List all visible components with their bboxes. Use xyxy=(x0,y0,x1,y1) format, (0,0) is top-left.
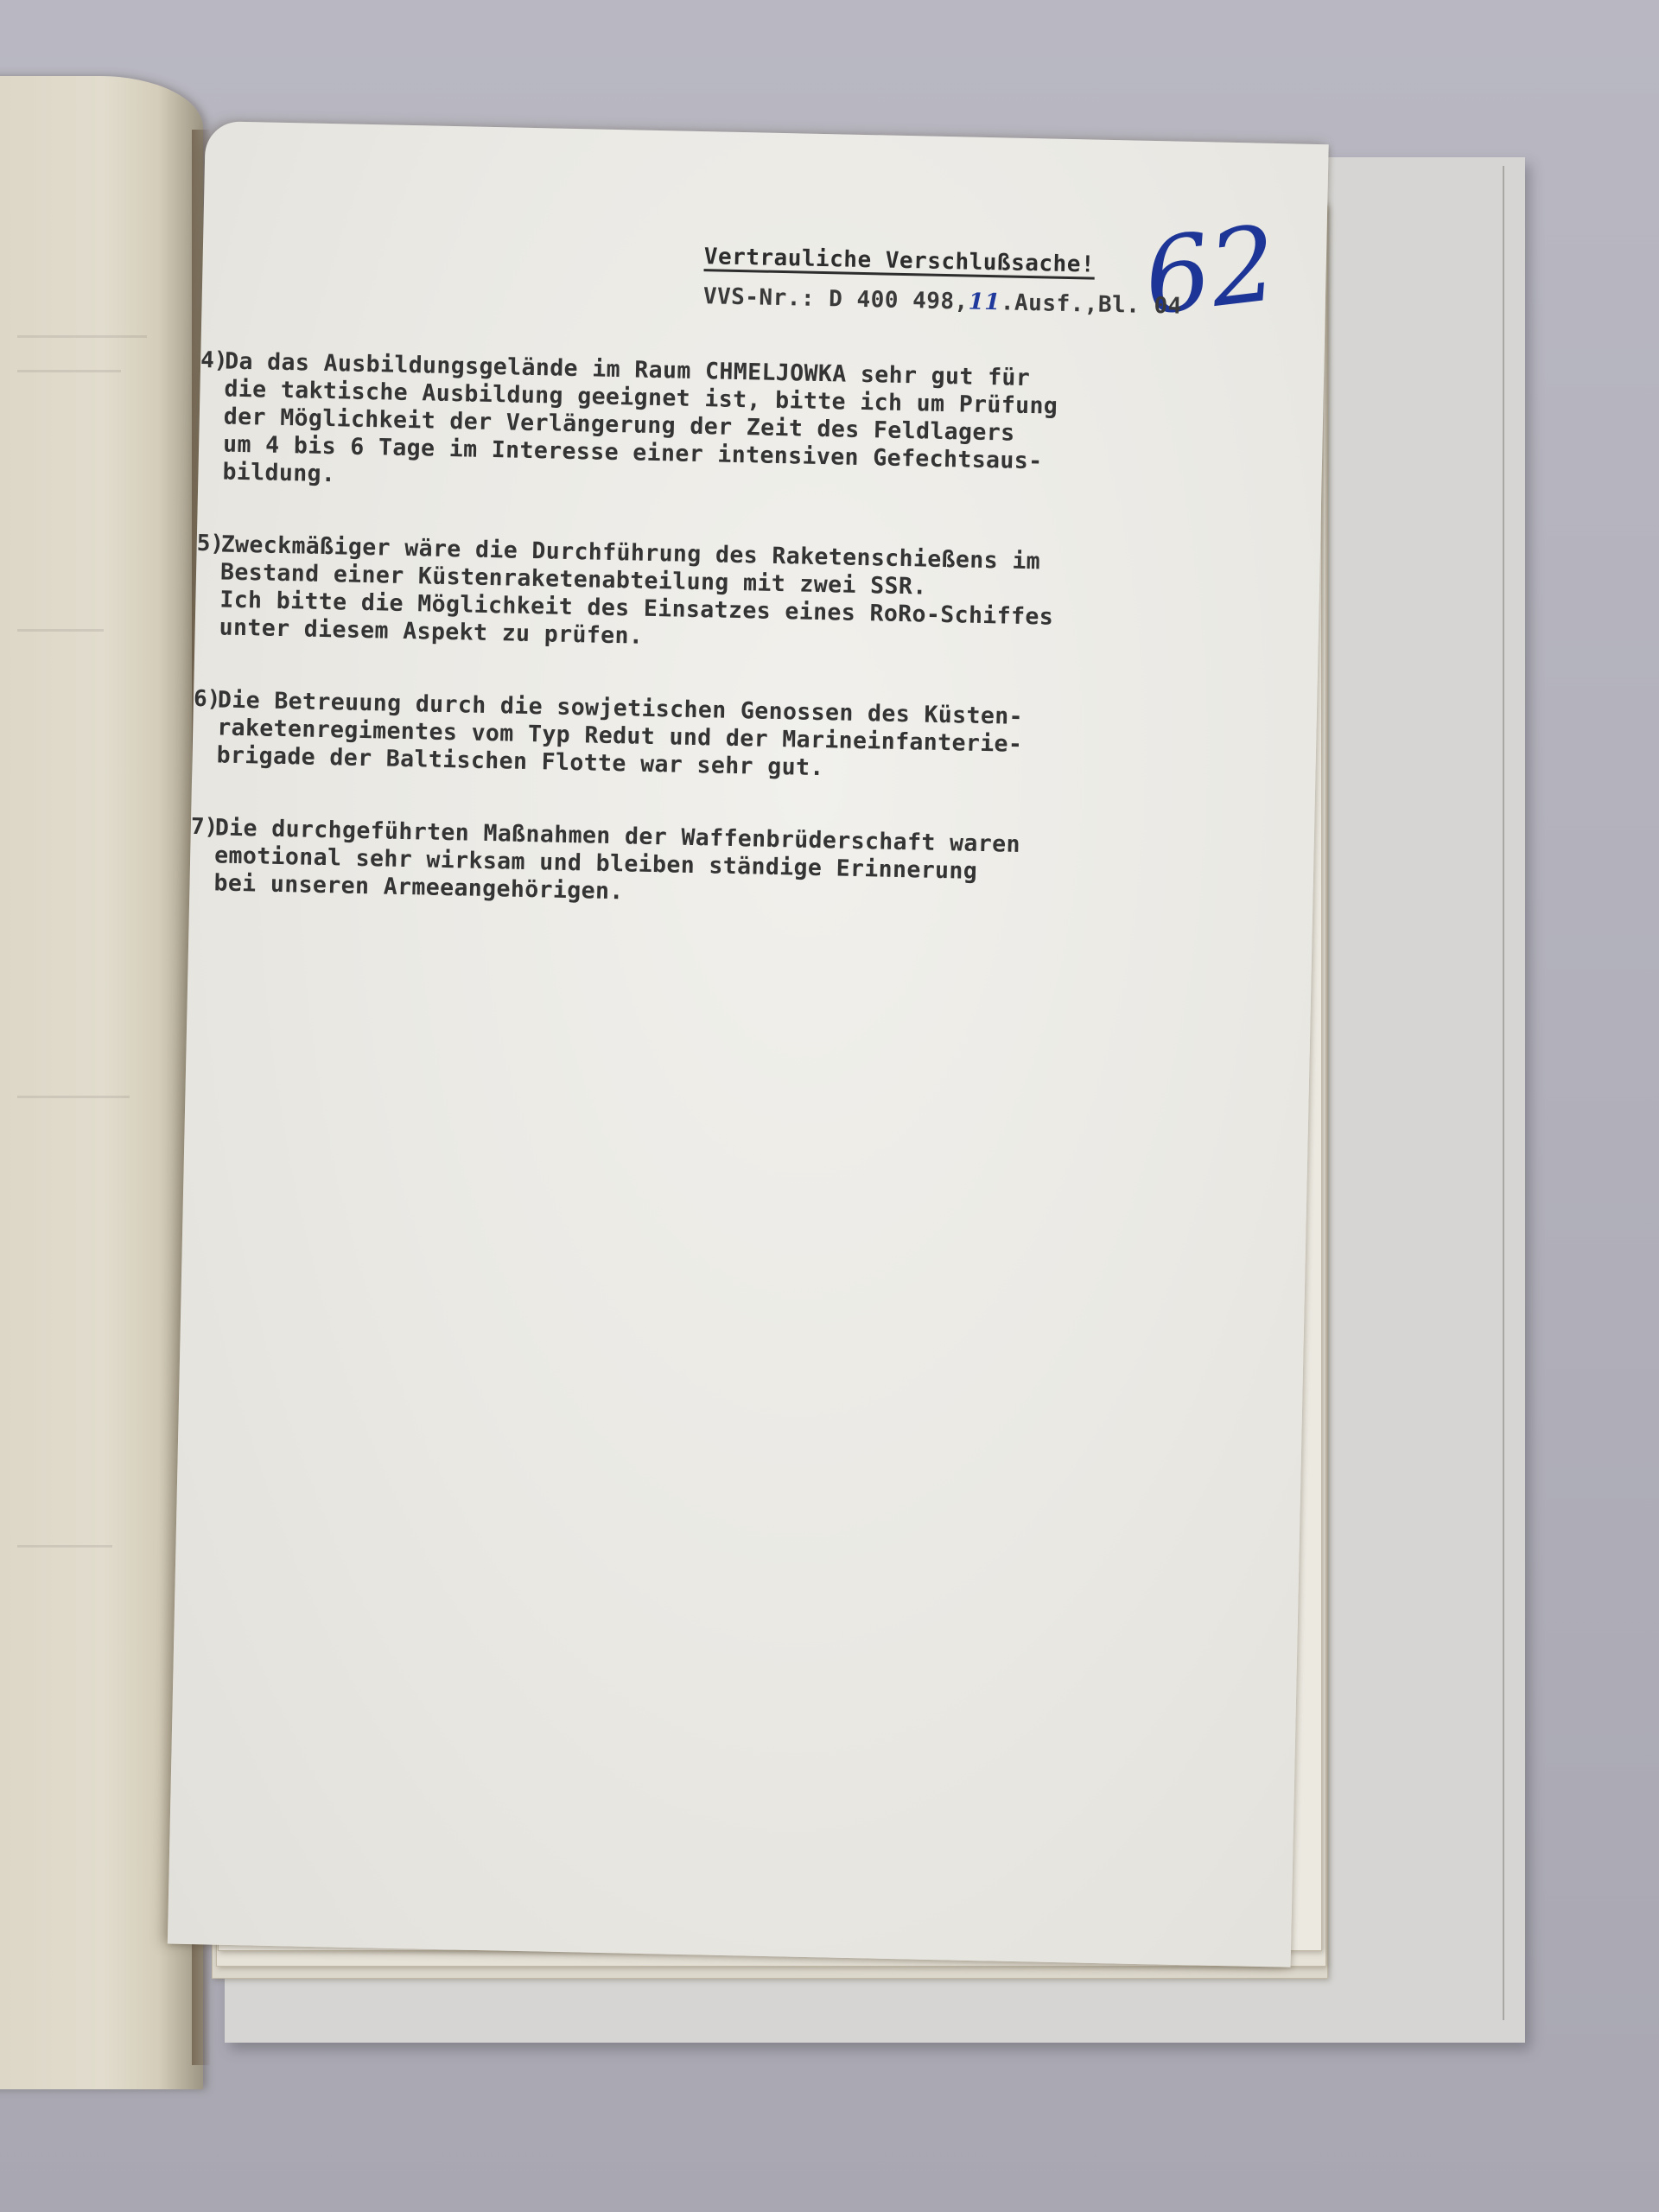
numbered-paragraph: 5)Zweckmäßiger wäre die Durchführung des… xyxy=(194,531,1319,664)
classification-header: Vertrauliche Verschlußsache! xyxy=(704,244,1184,280)
folder-edge xyxy=(1503,166,1504,2020)
numbered-paragraph: 4)Da das Ausbildungsgelände im Raum CHME… xyxy=(198,347,1324,509)
paragraph-number: 5) xyxy=(196,531,224,557)
numbered-paragraph: 7)Die durchgeführten Maßnahmen der Waffe… xyxy=(189,814,1314,920)
show-through-text xyxy=(17,1545,112,1548)
paragraph-number: 6) xyxy=(194,686,221,713)
reference-prefix: VVS-Nr.: D 400 498, xyxy=(703,283,969,315)
show-through-text xyxy=(17,1096,130,1098)
numbered-items: 4)Da das Ausbildungsgelände im Raum CHME… xyxy=(188,347,1324,965)
show-through-text xyxy=(17,629,104,632)
handwritten-copy-number: 11 xyxy=(968,289,1001,316)
classification-block: Vertrauliche Verschlußsache! VVS-Nr.: D … xyxy=(703,244,1184,320)
paragraph-number: 7) xyxy=(191,814,219,841)
show-through-text xyxy=(17,335,147,338)
show-through-text xyxy=(17,370,121,372)
reference-number: VVS-Nr.: D 400 498,11.Ausf.,Bl. 04 xyxy=(703,283,1183,320)
numbered-paragraph: 6)Die Betreuung durch die sowjetischen G… xyxy=(192,686,1317,792)
reference-suffix: .Ausf.,Bl. 04 xyxy=(1001,289,1183,319)
paragraph-number: 4) xyxy=(200,347,228,374)
typed-document-page: 62 Vertrauliche Verschlußsache! VVS-Nr.:… xyxy=(168,121,1329,1967)
